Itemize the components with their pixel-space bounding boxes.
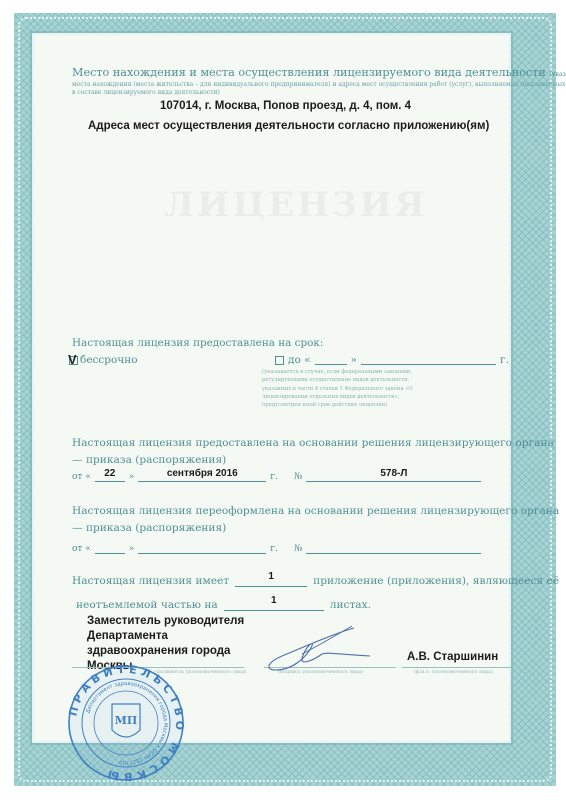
basis-month-year-field[interactable]: сентября 2016 (138, 470, 266, 482)
until-checkbox[interactable] (275, 356, 284, 365)
reissue-text: Настоящая лицензия переоформлена на осно… (72, 503, 559, 537)
indefinite-option[interactable]: V бессрочно (69, 354, 138, 366)
bleed-through-watermark: ЛИЦЕНЗИЯ (164, 185, 428, 225)
appendix-count-line: Настоящая лицензия имеет 1 приложение (п… (72, 574, 559, 587)
appendix-sheets-line: неотъемлемой частью на 1 листах. (76, 598, 371, 611)
until-date-field[interactable] (361, 355, 496, 365)
basis-day-field[interactable]: 22 (95, 470, 125, 482)
reissue-number-field[interactable] (306, 542, 481, 554)
signatory-name: А.В. Старшинин (407, 651, 498, 663)
address-value: 107014, г. Москва, Попов проезд, д. 4, п… (160, 100, 411, 112)
address-note-line-2: места нахождения (места жительства – для… (72, 81, 566, 88)
seal-emblem-text: МП (115, 714, 138, 727)
address-heading: Место нахождения и места осуществления л… (72, 66, 566, 79)
reissue-month-year-field[interactable] (138, 542, 266, 554)
reissue-date-line: от « » г. № (72, 542, 481, 554)
appendix-count-field[interactable]: 1 (235, 574, 307, 587)
appendix-sheets-field[interactable]: 1 (224, 598, 324, 611)
name-line (402, 667, 514, 668)
address-note-line-3: в составе лицензируемого вида деятельнос… (72, 89, 220, 96)
reissue-day-field[interactable] (95, 542, 125, 554)
until-day-field[interactable] (315, 355, 347, 365)
term-fine-print: (указывается в случае, если федеральными… (262, 368, 422, 409)
basis-number-field[interactable]: 578-Л (306, 470, 481, 482)
indefinite-label: бессрочно (80, 354, 138, 366)
additional-addresses: Адреса мест осуществления деятельности с… (88, 120, 489, 132)
indefinite-checkbox[interactable]: V (69, 356, 78, 365)
basis-text: Настоящая лицензия предоставлена на осно… (72, 435, 554, 469)
until-option[interactable]: до « » г. (275, 354, 509, 366)
term-title: Настоящая лицензия предоставлена на срок… (72, 337, 323, 349)
basis-date-line: от « 22 » сентября 2016 г. № 578-Л (72, 470, 481, 482)
handwritten-signature (262, 624, 372, 674)
official-seal: ПРАВИТЕЛЬСТВО МОСКВЫ Департамент здравоо… (66, 664, 186, 782)
checkmark-icon: V (68, 352, 77, 367)
name-label: (ф.и.о. уполномоченного лица) (414, 670, 493, 675)
